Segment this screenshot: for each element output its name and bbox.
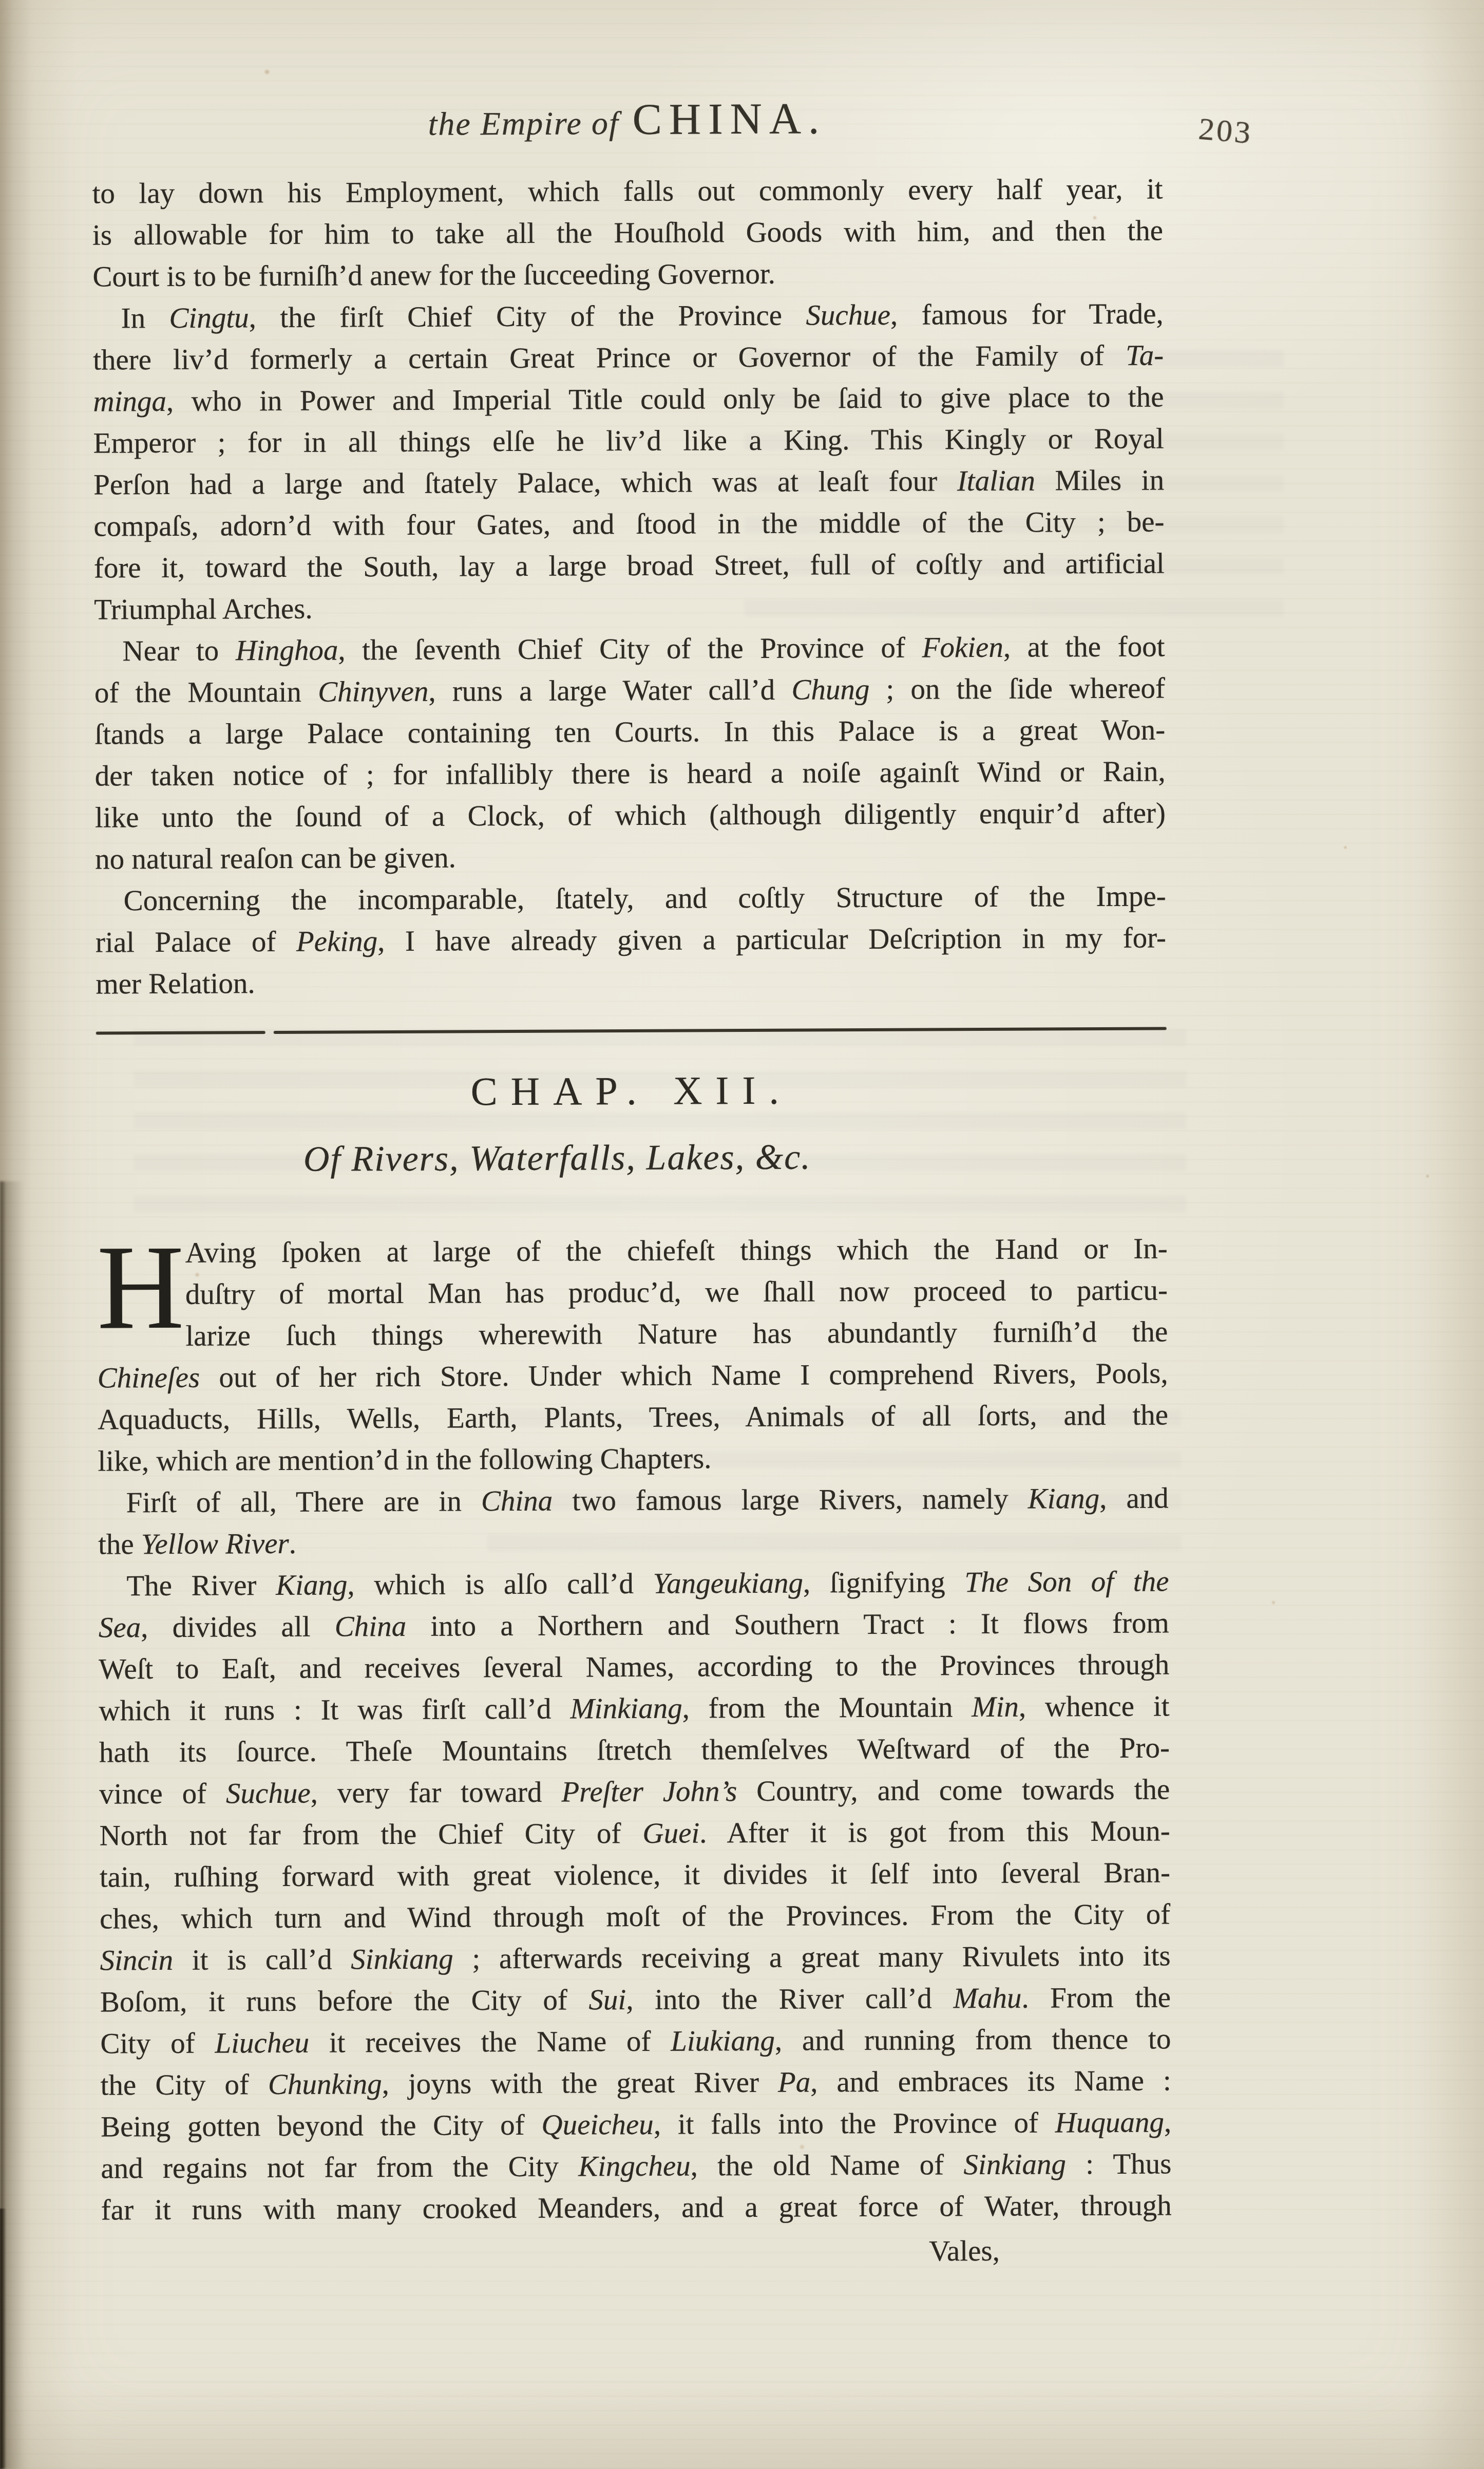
italic-text: Yellow River [141, 1528, 289, 1560]
text-line: Emperor ; for in all things elſe he liv’… [93, 418, 1164, 464]
italic-text: The Son of the [964, 1565, 1169, 1598]
text-line: Sea, divides all China into a Northern a… [99, 1602, 1169, 1648]
drop-cap: H [97, 1232, 179, 1358]
text-line: is allowable for him to take all the Hou… [92, 210, 1163, 256]
text-line: to lay down his Employment, which falls … [92, 168, 1163, 214]
text-line: vince of Suchue, very far toward Preſter… [99, 1768, 1170, 1815]
italic-text: Ta- [1126, 339, 1164, 371]
text-line: Triumphal Arches. [94, 584, 1165, 630]
page-content: the Empire ofCHINA. 203 to lay down his … [91, 0, 1172, 2276]
italic-text: Huquang [1055, 2106, 1164, 2139]
text-line: like, which are mention’d in the followi… [98, 1436, 1168, 1482]
intro-paragraphs: to lay down his Employment, which falls … [92, 168, 1166, 1005]
text-line: no natural reaſon can be given. [95, 834, 1166, 880]
paragraph: The River Kiang, which is alſo call’d Ya… [98, 1560, 1172, 2231]
italic-text: Sinkiang [351, 1943, 453, 1976]
text-line: Near to Hinghoa, the ſeventh Chief City … [94, 626, 1165, 672]
text-line: ſtands a large Palace containing ten Cou… [94, 709, 1165, 755]
text-line: hath its ſource. Theſe Mountains ſtretch… [99, 1727, 1170, 1773]
catchword: Vales, [929, 2235, 1000, 2268]
italic-text: China [335, 1610, 407, 1643]
text-line: Chineſes out of her rich Store. Under wh… [98, 1352, 1168, 1399]
paragraph: to lay down his Employment, which falls … [92, 168, 1163, 297]
italic-text: Cingtu [169, 301, 249, 334]
italic-text: Pa [778, 2066, 811, 2098]
italic-text: Guei [642, 1817, 699, 1849]
text-line: Firſt of all, There are in China two fam… [98, 1477, 1169, 1523]
chapter-subtitle: Of Rivers, Waterfalls, Lakes, &c. [22, 1134, 1093, 1183]
spine-edge [0, 2209, 6, 2469]
text-line: Sincin it is call’d Sinkiang ; afterward… [100, 1935, 1170, 1981]
italic-text: Peking [296, 925, 378, 958]
text-line: and regains not far from the City Kingch… [101, 2143, 1171, 2189]
italic-text: minga [93, 385, 166, 418]
italic-text: Yangeukiang [653, 1567, 803, 1600]
italic-text: Queicheu [541, 2108, 654, 2141]
text-line: there liv’d formerly a certain Great Pri… [93, 334, 1164, 381]
running-head: the Empire ofCHINA. 203 [92, 92, 1163, 158]
text-line: of the Mountain Chinyven, runs a large W… [94, 667, 1165, 713]
text-line: Weſt to Eaſt, and receives ſeveral Names… [99, 1644, 1169, 1690]
text-line: Being gotten beyond the City of Queicheu… [101, 2101, 1171, 2147]
divider-segment [96, 1031, 265, 1034]
italic-text: Sincin [100, 1944, 174, 1977]
italic-text: Sui [588, 1984, 626, 2016]
text-line: compaſs, adorn’d with four Gates, and ſt… [93, 501, 1164, 547]
running-head-title: CHINA. [632, 93, 826, 144]
italic-text: Kingcheu [578, 2150, 691, 2182]
text-line: Aving ſpoken at large of the chiefeſt th… [97, 1228, 1167, 1274]
italic-text: China [481, 1485, 553, 1518]
italic-text: Mahu [953, 1982, 1021, 2015]
italic-text: Chinyven [318, 675, 429, 708]
italic-text: Italian [957, 465, 1035, 498]
text-line: which it runs : It was firſt call’d Mink… [99, 1685, 1169, 1731]
catchword-row: Vales, [101, 2229, 1172, 2275]
running-head-lead: the Empire of [428, 105, 619, 142]
section-divider [96, 1027, 1167, 1034]
italic-text: Suchue [806, 299, 890, 332]
italic-text: Liucheu [215, 2027, 309, 2060]
text-line: duſtry of mortal Man has produc’d, we ſh… [97, 1269, 1168, 1315]
text-line: ches, which turn and Wind through moſt o… [100, 1893, 1170, 1939]
italic-text: Minkiang [570, 1692, 682, 1725]
paragraph: Concerning the incomparable, ſtately, an… [95, 875, 1166, 1005]
book-page-scan: the Empire ofCHINA. 203 to lay down his … [0, 0, 1484, 2469]
italic-text: Liukiang [671, 2025, 775, 2058]
text-line: rial Palace of Peking, I have already gi… [96, 917, 1166, 963]
italic-text: Preſter John’s [561, 1775, 737, 1808]
text-line: City of Liucheu it receives the Name of … [100, 2018, 1171, 2064]
text-line: tain, ruſhing forward with great violenc… [100, 1852, 1170, 1898]
italic-text: Chunking [268, 2068, 382, 2101]
italic-text: Suchue [226, 1777, 311, 1810]
text-line: like unto the ſound of a Clock, of which… [95, 792, 1166, 838]
text-line: In Cingtu, the firſt Chief City of the P… [93, 293, 1164, 339]
text-line: mer Relation. [96, 958, 1166, 1005]
divider-segment [274, 1027, 1167, 1034]
italic-text: Sea [99, 1611, 141, 1644]
italic-text: Sinkiang [963, 2148, 1066, 2181]
page-number: 203 [1196, 105, 1254, 158]
text-line: fore it, toward the South, lay a large b… [94, 542, 1165, 589]
text-line: Concerning the incomparable, ſtately, an… [95, 875, 1166, 921]
text-line: North not far from the Chief City of Gue… [99, 1810, 1170, 1856]
chapter-paragraphs: HAving ſpoken at large of the chiefeſt t… [97, 1228, 1171, 2231]
italic-text: Hinghoa [236, 634, 338, 667]
text-line: the City of Chunking, joyns with the gre… [101, 2060, 1171, 2106]
text-line: Aquaducts, Hills, Wells, Earth, Plants, … [98, 1394, 1168, 1440]
text-line: far it runs with many crooked Meanders, … [101, 2184, 1172, 2231]
paragraph: Firſt of all, There are in China two fam… [98, 1477, 1169, 1565]
paragraph: In Cingtu, the firſt Chief City of the P… [93, 293, 1165, 630]
text-line: minga, who in Power and Imperial Title c… [93, 376, 1164, 422]
italic-text: Chung [791, 673, 869, 706]
text-line: Court is to be furniſh’d anew for the ſu… [92, 251, 1163, 297]
italic-text: Kiang [276, 1569, 348, 1601]
text-line: der taken notice of ; for infallibly the… [94, 750, 1165, 797]
paragraph: HAving ſpoken at large of the chiefeſt t… [97, 1228, 1168, 1482]
italic-text: Min [972, 1691, 1019, 1723]
text-line: larize ſuch things wherewith Nature has … [97, 1311, 1168, 1357]
text-line: The River Kiang, which is alſo call’d Ya… [98, 1560, 1169, 1607]
text-line: Perſon had a large and ſtately Palace, w… [93, 459, 1164, 505]
text-line: the Yellow River. [98, 1519, 1169, 1565]
italic-text: Fokien [922, 631, 1003, 664]
chapter-heading: CHAP. XII. [96, 1064, 1167, 1117]
italic-text: Kiang [1028, 1482, 1100, 1515]
paragraph: Near to Hinghoa, the ſeventh Chief City … [94, 626, 1166, 880]
text-line: Boſom, it runs before the City of Sui, i… [100, 1976, 1171, 2023]
italic-text: Chineſes [98, 1362, 200, 1394]
